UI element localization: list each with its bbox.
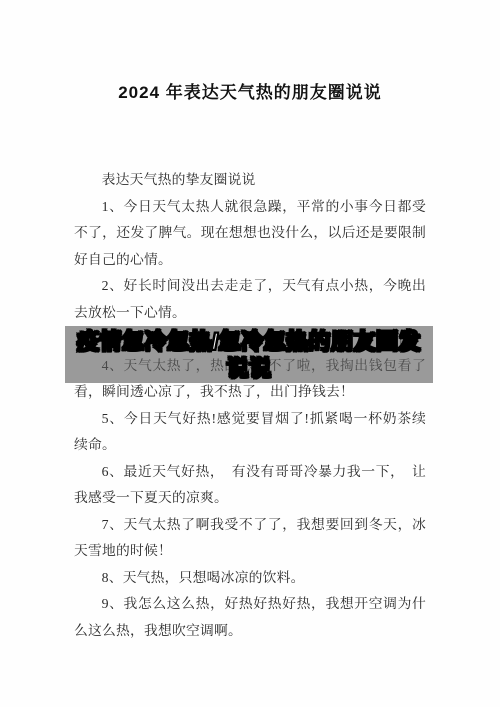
watermark-text-line1: 疫情忽冷忽热/忽冷忽热的朋友圈发 xyxy=(77,329,421,354)
page-title: 2024 年表达天气热的朋友圈说说 xyxy=(0,82,500,103)
article-body: 表达天气热的挚友圈说说1、今日天气太热人就很急躁，平常的小事今日都受不了，还发了… xyxy=(74,167,426,644)
paragraph: 6、最近天气好热， 有没有哥哥冷暴力我一下， 让我感受一下夏天的凉爽。 xyxy=(74,459,426,512)
watermark-overlay: 疫情忽冷忽热/忽冷忽热的朋友圈发 说说 xyxy=(65,326,433,383)
watermark-text-line2: 说说 xyxy=(226,356,271,381)
paragraph: 5、今日天气好热!感觉要冒烟了!抓紧喝一杯奶茶续续命。 xyxy=(74,406,426,459)
watermark-text: 疫情忽冷忽热/忽冷忽热的朋友圈发 说说 xyxy=(65,328,433,382)
paragraph: 7、天气太热了啊我受不了了，我想要回到冬天，冰天雪地的时候！ xyxy=(74,512,426,565)
paragraph: 1、今日天气太热人就很急躁，平常的小事今日都受不了，还发了脾气。现在想想也没什么… xyxy=(74,194,426,274)
paragraph: 表达天气热的挚友圈说说 xyxy=(74,167,426,194)
paragraph: 2、好长时间没出去走走了，天气有点小热，今晚出去放松一下心情。 xyxy=(74,273,426,326)
document-page: 2024 年表达天气热的朋友圈说说 表达天气热的挚友圈说说1、今日天气太热人就很… xyxy=(0,0,500,707)
paragraph: 9、我怎么这么热，好热好热好热，我想开空调为什么这么热，我想吹空调啊。 xyxy=(74,591,426,644)
paragraph: 8、天气热，只想喝冰凉的饮料。 xyxy=(74,565,426,592)
